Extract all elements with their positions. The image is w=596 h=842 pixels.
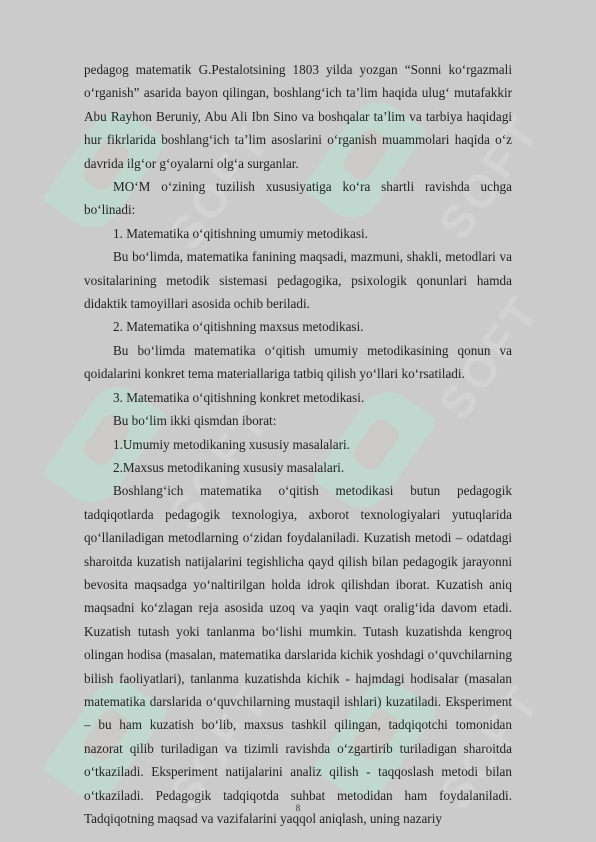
list-heading: 3. Matematika o‘qitishning konkret metod…	[84, 386, 512, 409]
list-heading: 2. Matematika o‘qitishning maxsus metodi…	[84, 315, 512, 338]
paragraph: Bu bo‘lim ikki qismdan iborat:	[84, 409, 512, 432]
paragraph: Bu bo‘limda matematika o‘qitish umumiy m…	[84, 339, 512, 386]
page-number: 8	[0, 803, 596, 813]
list-heading: 1. Matematika o‘qitishning umumiy metodi…	[84, 222, 512, 245]
paragraph: pedagog matematik G.Pestalotsining 1803 …	[84, 58, 512, 175]
paragraph: MO‘M o‘zining tuzilish xususiyatiga ko‘r…	[84, 175, 512, 222]
list-item: 2.Maxsus metodikaning xususiy masalalari…	[84, 456, 512, 479]
document-page: pedagog matematik G.Pestalotsining 1803 …	[84, 58, 512, 830]
paragraph: Boshlang‘ich matematika o‘qitish metodik…	[84, 479, 512, 830]
list-item: 1.Umumiy metodikaning xususiy masalalari…	[84, 433, 512, 456]
paragraph: Bu bo‘limda, matematika fanining maqsadi…	[84, 245, 512, 315]
